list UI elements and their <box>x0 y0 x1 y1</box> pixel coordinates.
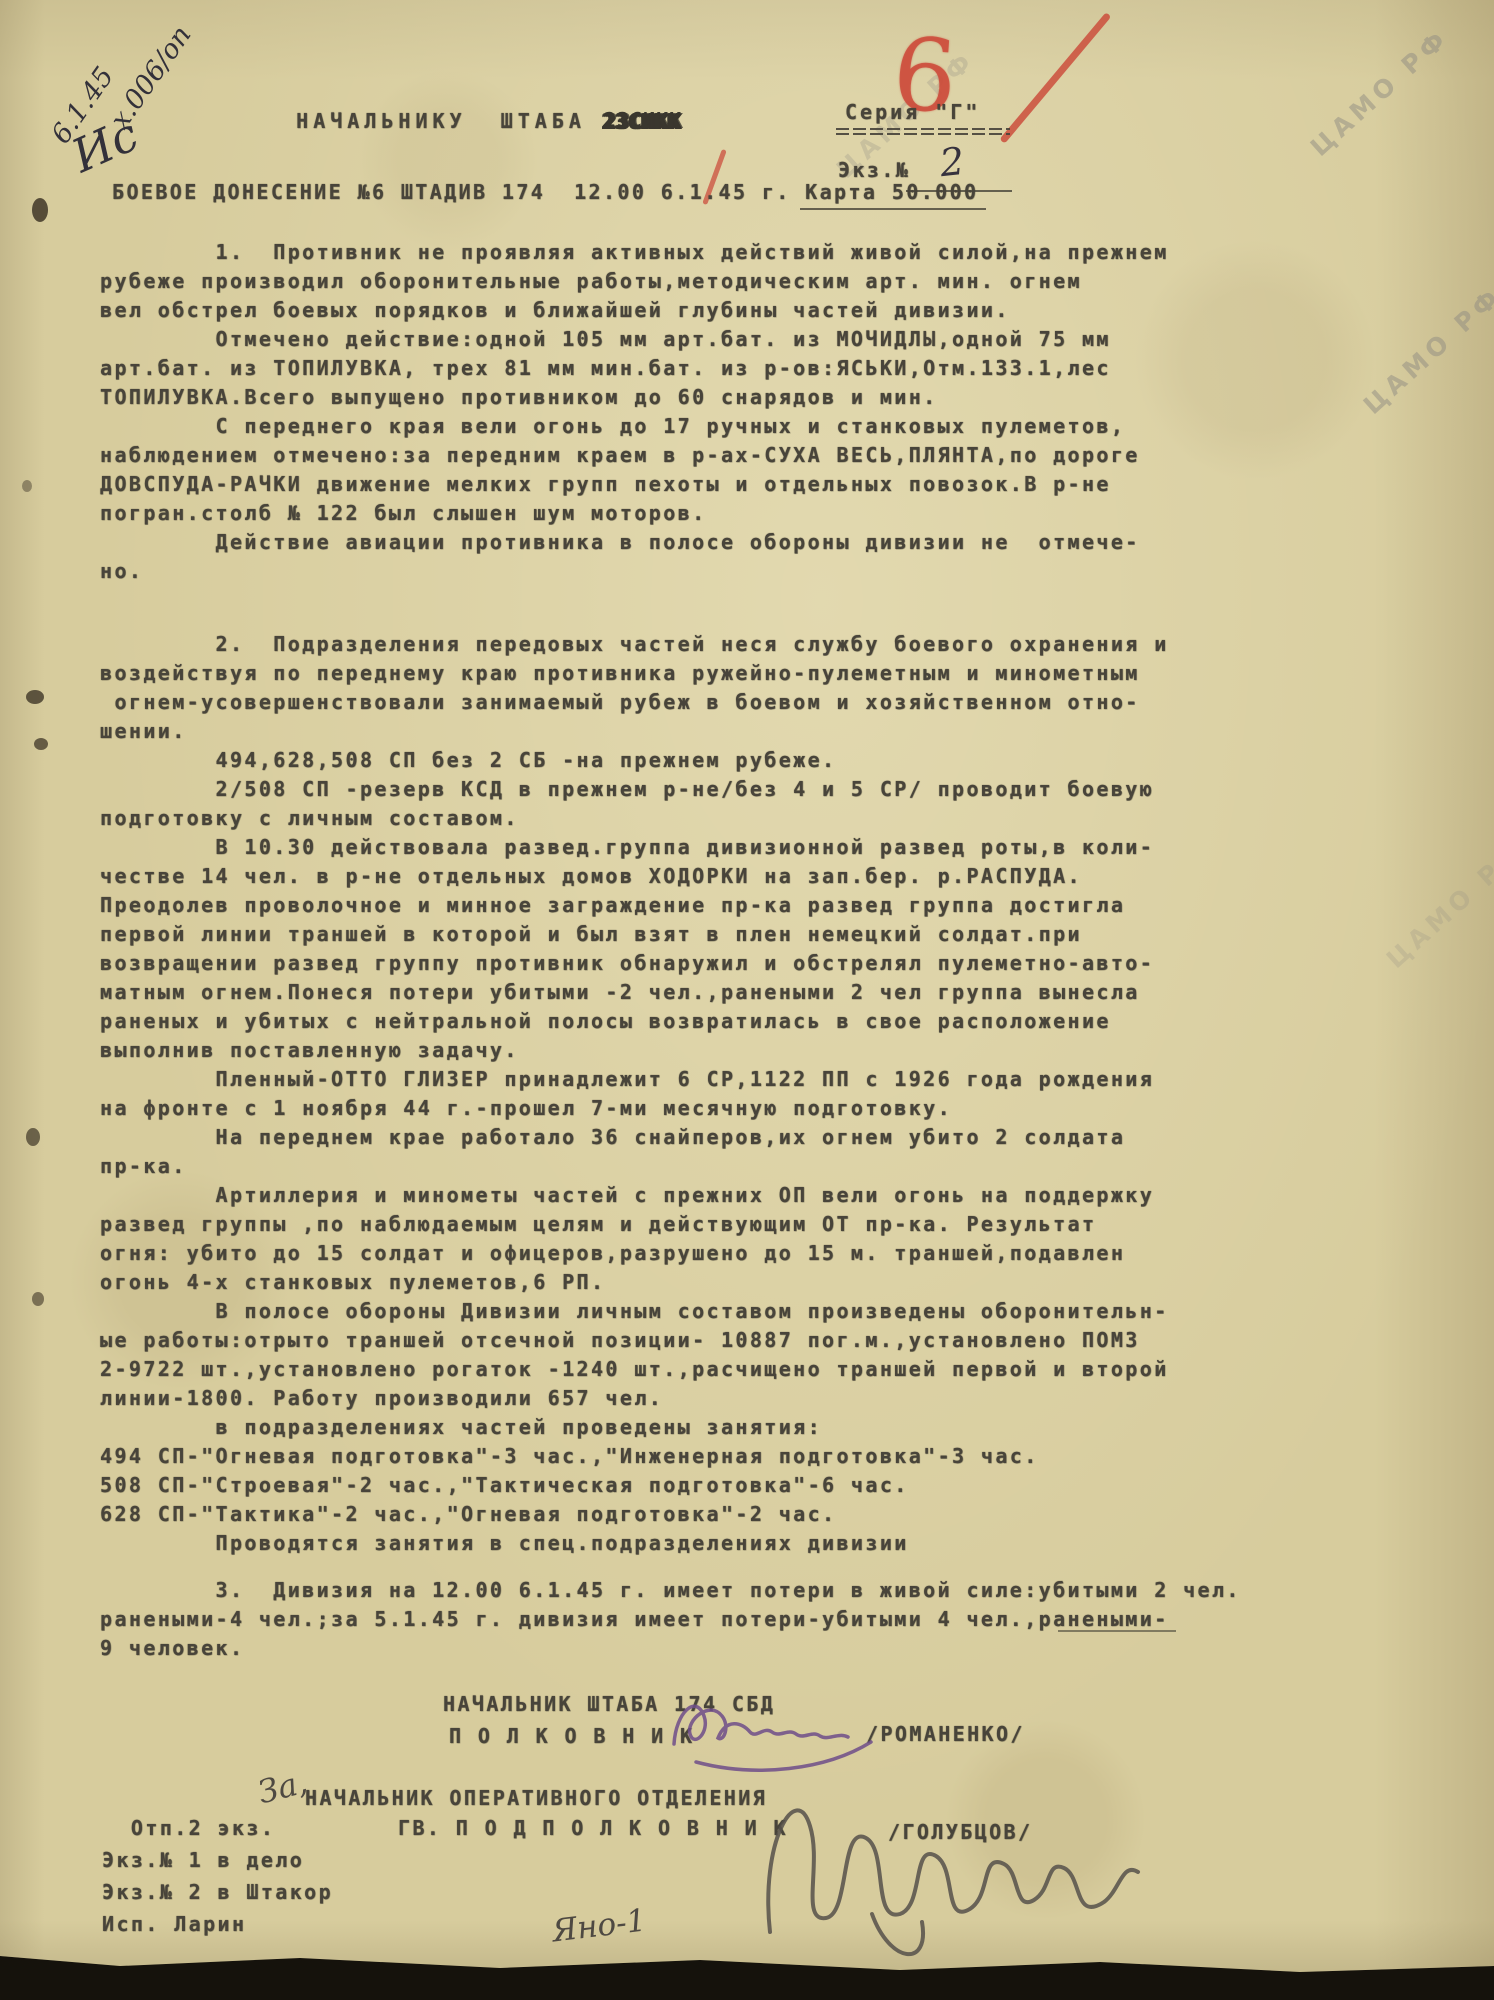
series-underline <box>836 128 1010 136</box>
paper-speck <box>22 480 32 492</box>
scanned-combat-report: { "page": { "colors": { "paper": "#d7cc9… <box>0 0 1494 2000</box>
addressee-line: НАЧАЛЬНИКУ ШТАБА 23СИКК <box>228 78 681 165</box>
camo-watermark: ЦАМО РФ <box>1305 23 1455 162</box>
paper-sheet: ЦАМО РФ ЦАМО РФ ЦАМО РФ ЦАМО РФ 6.1.45 х… <box>0 0 1494 2000</box>
ops-chief-line: НАЧАЛЬНИК ОПЕРАТИВНОГО ОТДЕЛЕНИЯ <box>305 1784 767 1813</box>
camo-watermark: ЦАМО РФ <box>1358 281 1494 420</box>
signature-romanenko-icon <box>666 1682 881 1782</box>
paper-speck <box>32 198 48 222</box>
addressee-text: НАЧАЛЬНИКУ ШТАБА <box>296 109 603 133</box>
signature-golubtsov-icon <box>752 1772 1152 1972</box>
za-handwritten-note: За, <box>254 1763 311 1812</box>
chief-rank: П О Л К О В Н И К <box>449 1722 695 1751</box>
paragraph-1: 1. Противник не проявляя активных действ… <box>100 238 1169 586</box>
paragraph-2: 2. Подразделения передовых частей неся с… <box>100 630 1169 1558</box>
distribution-block: Отп.2 экз. Экз.№ 1 в дело Экз.№ 2 в Штак… <box>102 1812 333 1940</box>
paper-speck <box>32 1292 44 1306</box>
ops-rank: ГВ. П О Д П О Л К О В Н И К <box>398 1814 788 1843</box>
map-scale-underline <box>800 208 986 210</box>
paper-speck <box>34 738 48 750</box>
red-slash-mark <box>999 12 1111 144</box>
word-underline <box>1058 1630 1176 1632</box>
page-title: БОЕВОЕ ДОНЕСЕНИЕ №6 ШТАДИВ 174 12.00 6.1… <box>112 178 978 207</box>
series-label: Серия "Г" <box>845 98 980 127</box>
camo-watermark: ЦАМО РФ <box>1381 835 1494 974</box>
addressee-struck-text: 23СИКК <box>603 109 681 133</box>
chief-surname: /РОМАНЕНКО/ <box>866 1720 1025 1749</box>
paper-speck <box>26 1128 40 1146</box>
paragraph-3: 3. Дивизия на 12.00 6.1.45 г. имеет поте… <box>100 1576 1241 1663</box>
pencil-note: Яно-1 <box>550 1902 648 1949</box>
paper-speck <box>26 690 44 704</box>
